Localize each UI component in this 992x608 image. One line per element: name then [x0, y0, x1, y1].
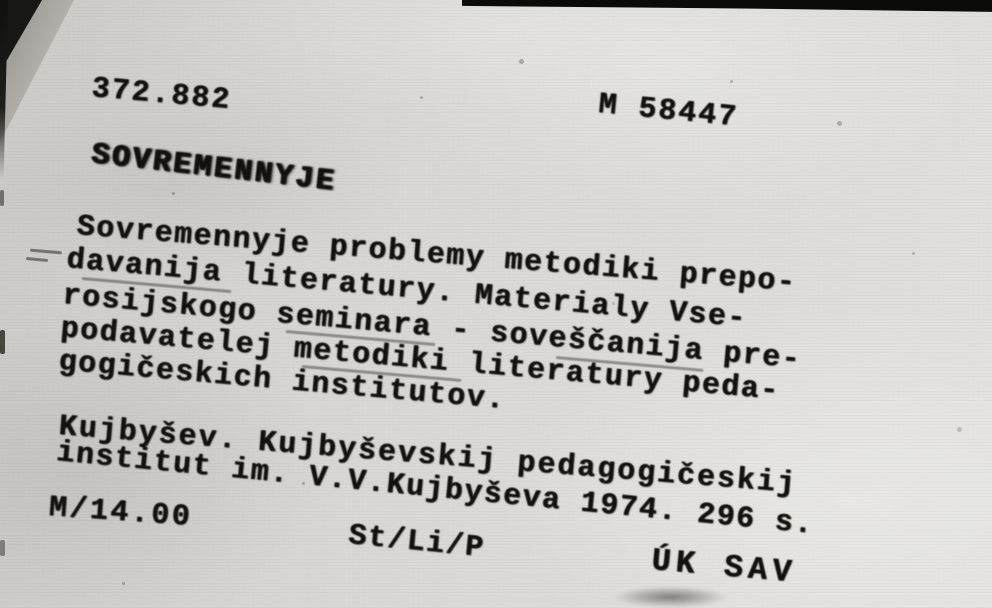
- title-heading: SOVREMENNYJE: [90, 140, 338, 198]
- scan-edge-mark: [0, 330, 5, 354]
- paper-speck-noise: [0, 0, 3, 3]
- processing-code: St/Li/P: [347, 521, 486, 564]
- accession-number: M 58447: [597, 90, 739, 133]
- scan-edge-mark: [0, 190, 4, 206]
- price-code: M/14.00: [48, 493, 193, 533]
- library-sigla: ÚK SAV: [650, 545, 797, 590]
- udc-classification-number: 372.882: [90, 74, 232, 116]
- scan-edge-mark: [0, 540, 5, 556]
- scan-bottom-smudge: [613, 586, 728, 608]
- scanned-catalog-card: 372.882 M 58447 SOVREMENNYJE Sovremennyj…: [0, 0, 992, 608]
- typewritten-text-layer: 372.882 M 58447 SOVREMENNYJE Sovremennyj…: [0, 0, 992, 608]
